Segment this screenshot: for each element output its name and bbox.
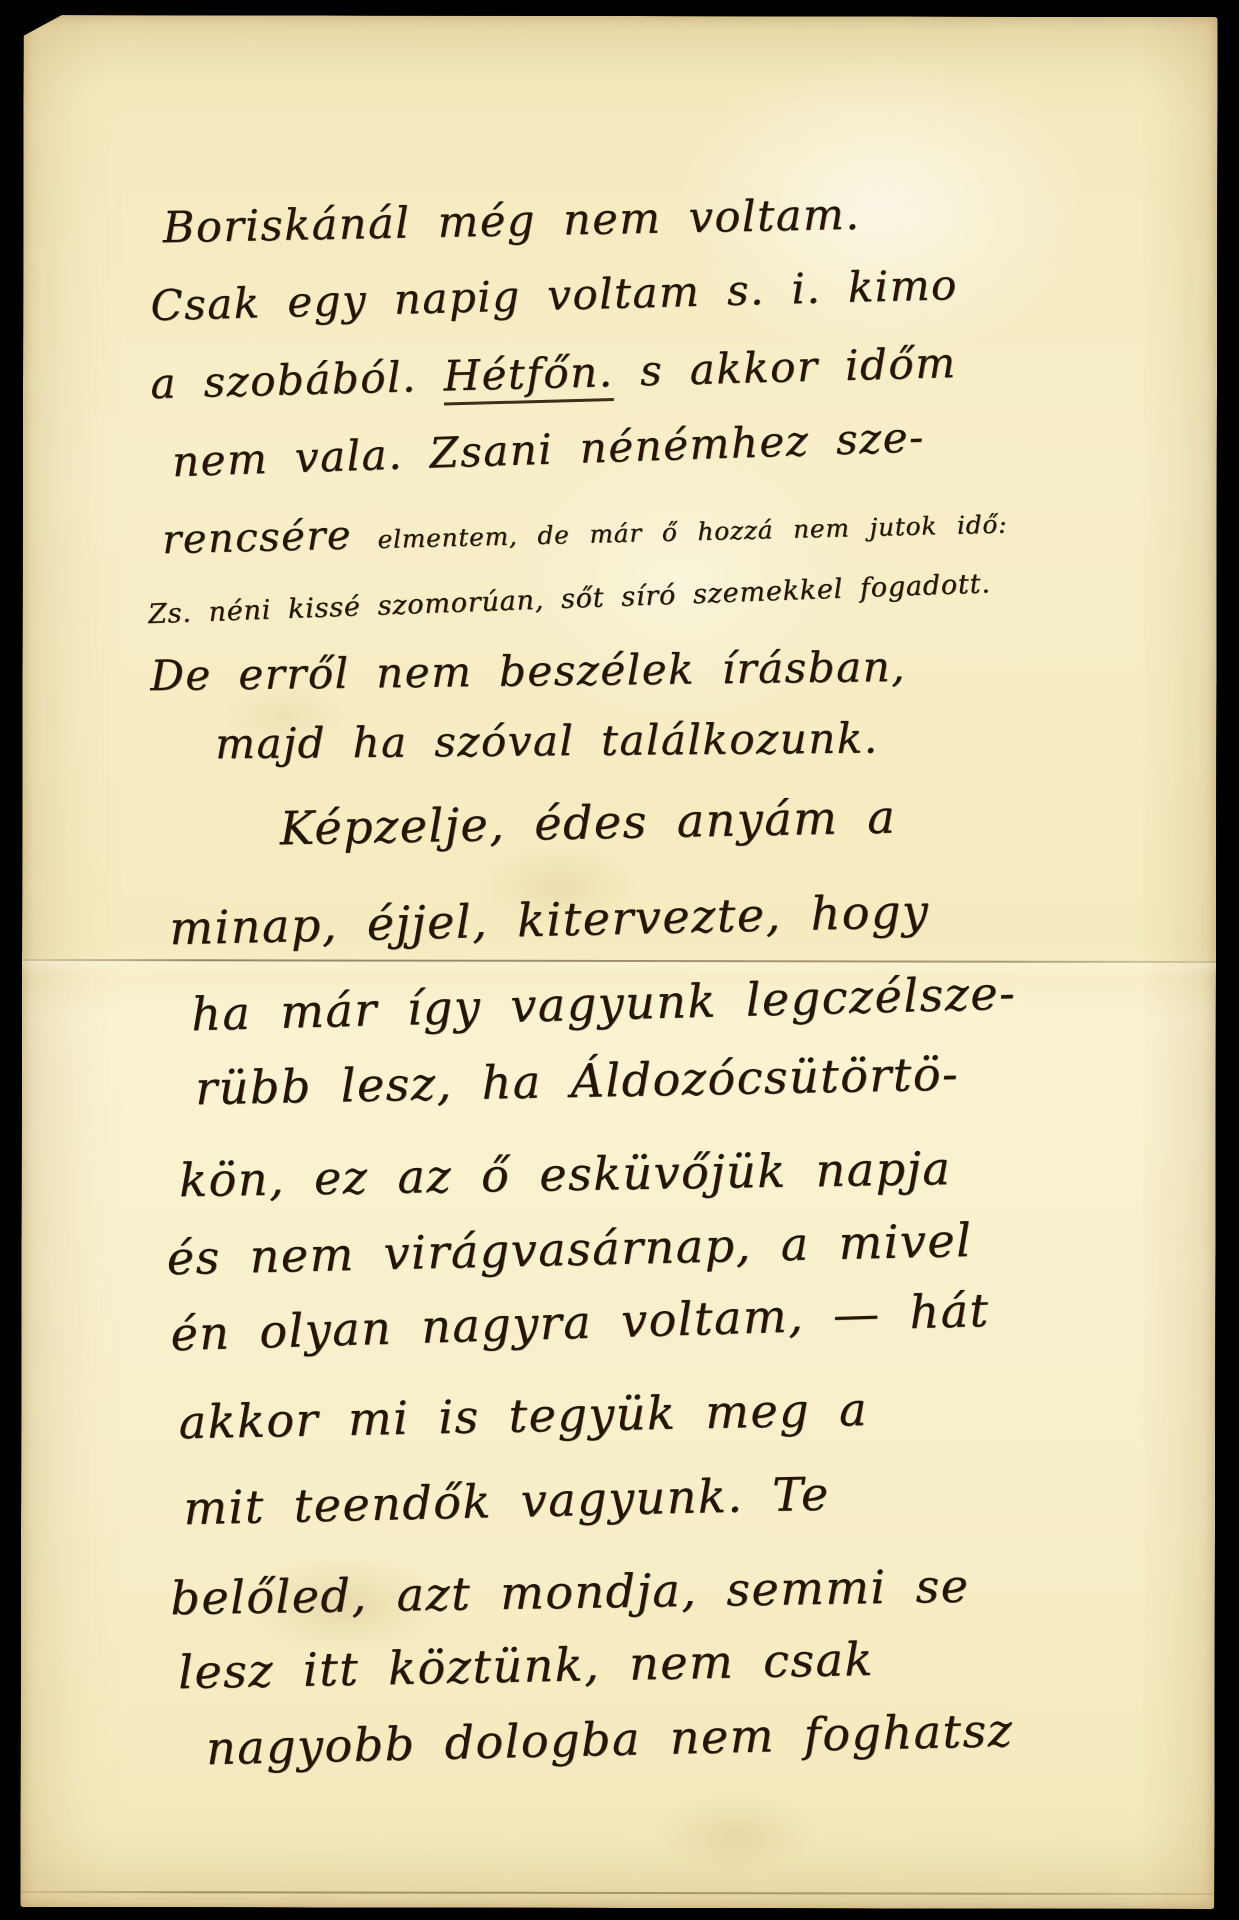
handwriting-line-11: ha már így vagyunk legczélsze- xyxy=(190,966,1016,1042)
handwriting-line-9: Képzelje, édes anyám a xyxy=(279,790,897,856)
handwriting-line-17: mit teendők vagyunk. Te xyxy=(183,1467,830,1536)
handwriting-line-10: minap, éjjel, kitervezte, hogy xyxy=(169,884,930,955)
handwriting-line-4: nem vala. Zsani nénémhez sze- xyxy=(171,412,925,486)
handwriting-line-1: Boriskánál még nem voltam. xyxy=(162,190,861,253)
handwriting-line-19: lesz itt köztünk, nem csak xyxy=(178,1632,875,1699)
handwriting-line-8: majd ha szóval találkozunk. xyxy=(215,714,879,769)
underlined-word: Hétfőn. xyxy=(443,347,614,405)
bottom-fold-crease xyxy=(20,1891,1214,1895)
handwriting-line-14: és nem virágvasárnap, a mivel xyxy=(166,1213,973,1285)
scan-background: Boriskánál még nem voltam. Csak egy napi… xyxy=(0,0,1239,1920)
letter-page: Boriskánál még nem voltam. Csak egy napi… xyxy=(20,15,1217,1909)
handwriting-line-5: rencsére elmentem, de már ő hozzá nem ju… xyxy=(162,497,1008,564)
handwriting-line-15: én olyan nagyra voltam, — hát xyxy=(170,1283,991,1361)
handwriting-line-3: a szobából. Hétfőn. s akkor időm xyxy=(150,338,957,408)
handwriting-line-18: belőled, azt mondja, semmi se xyxy=(170,1559,970,1626)
handwriting-line-7: De erről nem beszélek írásban, xyxy=(150,642,906,700)
handwriting-line-2: Csak egy napig voltam s. i. kimo xyxy=(150,260,958,330)
handwriting-line-12: rübb lesz, ha Áldozócsütörtö- xyxy=(195,1047,960,1116)
fold-crease xyxy=(22,959,1216,963)
handwriting-line-13: kön, ez az ő esküvőjük napja xyxy=(179,1141,952,1207)
handwriting-line-16: akkor mi is tegyük meg a xyxy=(178,1382,868,1449)
handwriting-line-20: nagyobb dologba nem foghatsz xyxy=(205,1703,1013,1775)
handwriting-line-6: Zs. néni kissé szomorúan, sőt síró szeme… xyxy=(147,568,991,630)
